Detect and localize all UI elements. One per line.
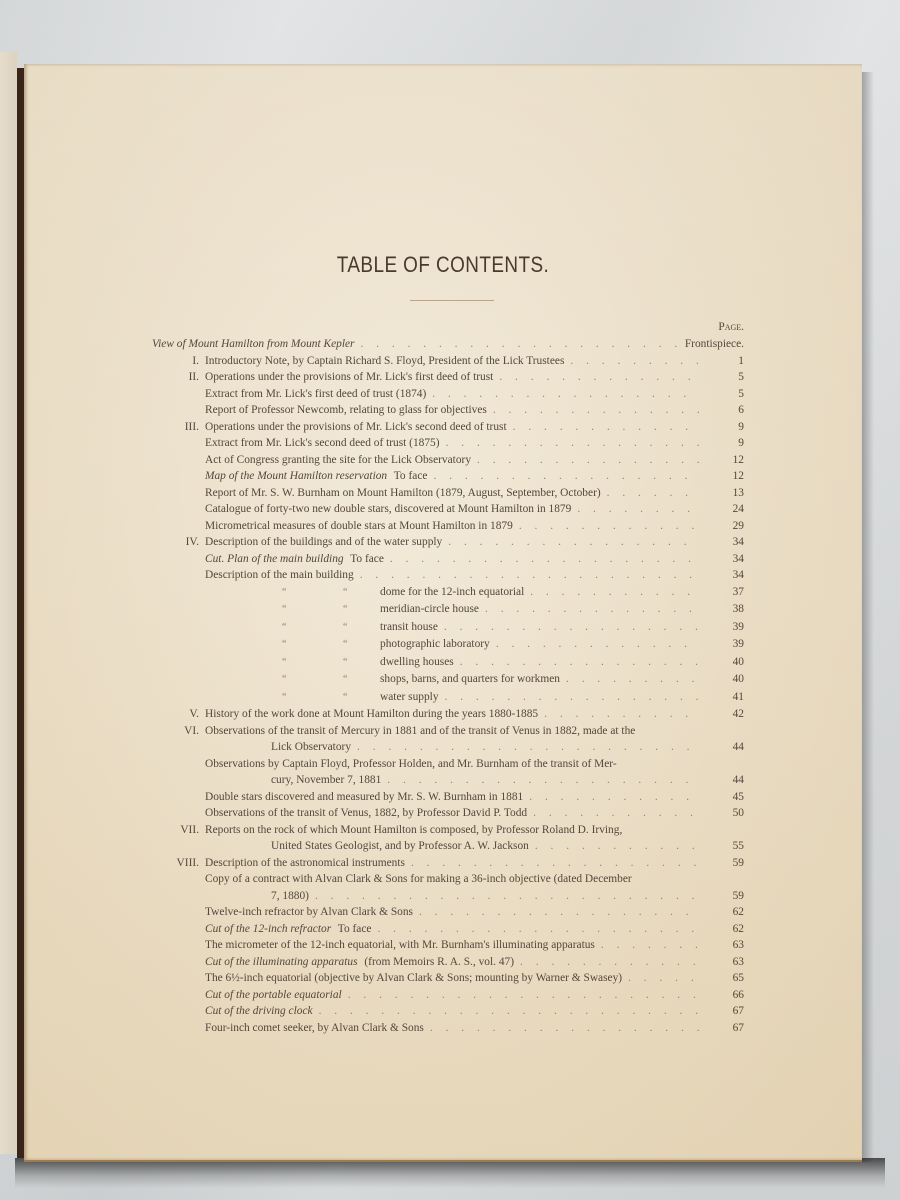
toc-entry-continuation[interactable]: Lick Observatory . . . . . . . . . . . .… [152,739,744,756]
page-number: 62 [706,921,744,938]
toc-entry[interactable]: Micrometrical measures of double stars a… [152,518,744,535]
page-number: 6 [706,402,744,419]
entry-suffix: To face [391,470,427,482]
leader-dots: . . . . . . . . . . . . . . . . . . . . … [487,402,700,419]
toc-entry[interactable]: ““photographic laboratory . . . . . . . … [152,636,744,654]
toc-entry[interactable]: V.History of the work done at Mount Hami… [152,706,744,723]
leader-dots: . . . . . . . . . . . . . . . . . . . . … [529,838,700,855]
entry-text: Report of Mr. S. W. Burnham on Mount Ham… [205,485,601,502]
chapter-number: IV. [152,534,205,551]
entry-text: Description of the buildings and of the … [205,534,442,551]
entry-italic-text: Cut of the portable equatorial [205,989,342,1001]
page-title: TABLE OF CONTENTS. [83,252,804,278]
entry-text: Catalogue of forty-two new double stars,… [205,501,571,518]
leader-dots: . . . . . . . . . . . . . . . . . . . . … [479,601,700,618]
entry-text: Description of the main building [205,567,354,584]
toc-entry[interactable]: Description of the main building . . . .… [152,567,744,584]
entry-text: History of the work done at Mount Hamilt… [205,706,538,723]
entry-suffix: To face [335,923,371,935]
entry-text: Cut of the driving clock [205,1003,313,1020]
leader-dots: . . . . . . . . . . . . . . . . . . . . … [424,1020,700,1037]
leader-dots: . . . . . . . . . . . . . . . . . . . . … [439,689,700,706]
toc-entry[interactable]: Catalogue of forty-two new double stars,… [152,501,744,518]
entry-italic-text: Cut of the illuminating apparatus [205,956,358,968]
page-number: 9 [706,419,744,436]
toc-entry[interactable]: VII.Reports on the rock of which Mount H… [152,822,744,839]
toc-entry-continuation[interactable]: 7, 1880) . . . . . . . . . . . . . . . .… [152,888,744,905]
entry-text: ““water supply [205,689,439,707]
entry-label: photographic laboratory [380,638,490,650]
leader-dots: . . . . . . . . . . . . . . . . . . . . … [527,805,700,822]
page-number: 65 [706,970,744,987]
page-number: 5 [706,369,744,386]
ditto-mark: “ [258,672,319,689]
leader-dots: . . . . . . . . . . . . . . . . . . . . … [571,501,700,518]
ditto-mark: “ [319,585,380,602]
page-number: 12 [706,452,744,469]
toc-entry[interactable]: Double stars discovered and measured by … [152,789,744,806]
leader-dots: . . . . . . . . . . . . . . . . . . . . … [538,706,700,723]
entry-text: Cut. Plan of the main building To face [205,551,384,568]
chapter-number: II. [152,369,205,386]
entry-text: Copy of a contract with Alvan Clark & So… [205,871,632,888]
toc-entry[interactable]: The micrometer of the 12-inch equatorial… [152,937,744,954]
leader-dots: . . . . . . . . . . . . . . . . . . . . … [426,386,700,403]
page-number: 41 [706,689,744,706]
leader-dots: . . . . . . . . . . . . . . . . . . . . … [427,468,700,485]
leader-dots: . . . . . . . . . . . . . . . . . . . . … [595,937,700,954]
page-number: 29 [706,518,744,535]
page-number: 55 [706,838,744,855]
page-number: 9 [706,435,744,452]
toc-entry-continuation[interactable]: United States Geologist, and by Professo… [152,838,744,855]
page-number: 13 [706,485,744,502]
page-number: 63 [706,954,744,971]
leader-dots: . . . . . . . . . . . . . . . . . . . . … [371,921,700,938]
toc-entry-frontispiece[interactable]: View of Mount Hamilton from Mount Kepler… [152,336,744,353]
page-number: 63 [706,937,744,954]
entry-italic-text: Cut. Plan of the main building [205,553,344,565]
ditto-mark: “ [319,672,380,689]
entry-continuation: United States Geologist, and by Professo… [205,838,529,855]
entry-suffix: To face [348,553,384,565]
toc-entry[interactable]: ““transit house . . . . . . . . . . . . … [152,619,744,637]
leader-dots: . . . . . . . . . . . . . . . . . . . . … [513,518,700,535]
toc-entry-continuation[interactable]: cury, November 7, 1881 . . . . . . . . .… [152,772,744,789]
entry-text: The micrometer of the 12-inch equatorial… [205,937,595,954]
leader-dots: . . . . . . . . . . . . . . . . . . . . … [523,789,700,806]
page-number: 44 [706,772,744,789]
chapter-number: VI. [152,723,205,740]
leader-dots: . . . . . . . . . . . . . . . . . . . . … [351,739,700,756]
leader-dots: . . . . . . . . . . . . . . . . . . . . … [442,534,700,551]
page-number: 24 [706,501,744,518]
title-rule [410,300,494,301]
book-page: TABLE OF CONTENTS. Page. View of Mount H… [24,64,862,1162]
ditto-mark: “ [319,620,380,637]
page-number: 59 [706,855,744,872]
toc-entry[interactable]: ““dome for the 12-inch equatorial . . . … [152,584,744,602]
page-number: 67 [706,1003,744,1020]
entry-text: Observations of the transit of Venus, 18… [205,805,527,822]
toc-entry[interactable]: Twelve-inch refractor by Alvan Clark & S… [152,904,744,921]
entry-label: transit house [380,621,438,633]
entry-text: Map of the Mount Hamilton reservation To… [205,468,427,485]
toc-entry[interactable]: III.Operations under the provisions of M… [152,419,744,436]
leader-dots: . . . . . . . . . . . . . . . . . . . . … [354,567,700,584]
toc-entry[interactable]: IV.Description of the buildings and of t… [152,534,744,551]
toc-entry[interactable]: Report of Mr. S. W. Burnham on Mount Ham… [152,485,744,502]
ditto-mark: “ [258,637,319,654]
entry-text: ““transit house [205,619,438,637]
leader-dots: . . . . . . . . . . . . . . . . . . . . … [454,654,700,671]
ditto-mark: “ [258,655,319,672]
entry-suffix: (from Memoirs R. A. S., vol. 47) [362,956,515,968]
leader-dots: . . . . . . . . . . . . . . . . . . . . … [440,435,700,452]
toc-entry[interactable]: II.Operations under the provisions of Mr… [152,369,744,386]
page-number: 38 [706,601,744,618]
entry-text: ““shops, barns, and quarters for workmen [205,671,560,689]
entry-italic-text: Cut of the driving clock [205,1005,313,1017]
toc-entry[interactable]: Cut of the driving clock . . . . . . . .… [152,1003,744,1020]
leader-dots: . . . . . . . . . . . . . . . . . . . . … [413,904,700,921]
toc-entry[interactable]: Copy of a contract with Alvan Clark & So… [152,871,744,888]
toc-entry[interactable]: Observations by Captain Floyd, Professor… [152,756,744,773]
ditto-mark: “ [258,602,319,619]
entry-text: Extract from Mr. Lick's first deed of tr… [205,386,426,403]
leader-dots: . . . . . . . . . . . . . . . . . . . . … [560,671,700,688]
page-number: 34 [706,567,744,584]
page-number: 39 [706,636,744,653]
chapter-number: V. [152,706,205,723]
page-number: 66 [706,987,744,1004]
ditto-mark: “ [258,690,319,707]
toc-entries: View of Mount Hamilton from Mount Kepler… [152,336,744,1036]
leader-dots: . . . . . . . . . . . . . . . . . . . . … [438,619,700,636]
page-column-header: Page. [152,319,744,336]
toc-entry[interactable]: Report of Professor Newcomb, relating to… [152,402,744,419]
toc-entry[interactable]: Cut of the 12-inch refractor To face . .… [152,921,744,938]
chapter-number: VIII. [152,855,205,872]
entry-italic-text: Map of the Mount Hamilton reservation [205,470,387,482]
toc-entry[interactable]: Four-inch comet seeker, by Alvan Clark &… [152,1020,744,1037]
entry-text: ““dome for the 12-inch equatorial [205,584,524,602]
entry-text: The 6½-inch equatorial (objective by Alv… [205,970,622,987]
entry-text: Introductory Note, by Captain Richard S.… [205,353,564,370]
page-number: 67 [706,1020,744,1037]
leader-dots: . . . . . . . . . . . . . . . . . . . . … [405,855,700,872]
toc-entry[interactable]: Act of Congress granting the site for th… [152,452,744,469]
leader-dots: . . . . . . . . . . . . . . . . . . . . … [313,1003,700,1020]
entry-label: dwelling houses [380,656,454,668]
entry-text: Description of the astronomical instrume… [205,855,405,872]
entry-text: Cut of the portable equatorial [205,987,342,1004]
entry-italic-text: Cut of the 12-inch refractor [205,923,331,935]
chapter-number: I. [152,353,205,370]
entry-text: Observations by Captain Floyd, Professor… [205,756,617,773]
page-number: 5 [706,386,744,403]
ditto-mark: “ [258,585,319,602]
entry-label: dome for the 12-inch equatorial [380,586,524,598]
entry-text: Twelve-inch refractor by Alvan Clark & S… [205,904,413,921]
entry-continuation: Lick Observatory [205,739,351,756]
page-number: 37 [706,584,744,601]
leader-dots: . . . . . . . . . . . . . . . . . . . . … [622,970,700,987]
entry-text: Observations of the transit of Mercury i… [205,723,635,740]
entry-text: Cut of the illuminating apparatus (from … [205,954,514,971]
entry-text: View of Mount Hamilton from Mount Kepler [152,336,354,353]
page-shadow-right [860,72,874,1162]
entry-text: Extract from Mr. Lick's second deed of t… [205,435,440,452]
leader-dots: . . . . . . . . . . . . . . . . . . . . … [507,419,700,436]
entry-text: Reports on the rock of which Mount Hamil… [205,822,622,839]
page-number: 62 [706,904,744,921]
entry-continuation: cury, November 7, 1881 [205,772,381,789]
entry-label: water supply [380,691,439,703]
page-number: 34 [706,551,744,568]
toc-entry[interactable]: Cut of the illuminating apparatus (from … [152,954,744,971]
ditto-mark: “ [258,620,319,637]
ditto-mark: “ [319,655,380,672]
ditto-mark: “ [319,690,380,707]
entry-text: Act of Congress granting the site for th… [205,452,471,469]
leader-dots: . . . . . . . . . . . . . . . . . . . . … [493,369,700,386]
entry-text: Micrometrical measures of double stars a… [205,518,513,535]
leader-dots: . . . . . . . . . . . . . . . . . . . . … [354,336,678,353]
toc-entry[interactable]: Map of the Mount Hamilton reservation To… [152,468,744,485]
toc-entry[interactable]: ““dwelling houses . . . . . . . . . . . … [152,654,744,672]
entry-text: Cut of the 12-inch refractor To face [205,921,371,938]
entry-label: meridian-circle house [380,603,479,615]
page-number: 40 [706,671,744,688]
entry-text: Operations under the provisions of Mr. L… [205,419,507,436]
leader-dots: . . . . . . . . . . . . . . . . . . . . … [524,584,700,601]
page-number: 12 [706,468,744,485]
toc-entry[interactable]: Cut. Plan of the main building To face .… [152,551,744,568]
toc-entry[interactable]: I.Introductory Note, by Captain Richard … [152,353,744,370]
page-number: 44 [706,739,744,756]
toc-entry[interactable]: VIII.Description of the astronomical ins… [152,855,744,872]
leader-dots: . . . . . . . . . . . . . . . . . . . . … [564,353,700,370]
page-number: 50 [706,805,744,822]
leader-dots: . . . . . . . . . . . . . . . . . . . . … [384,551,700,568]
entry-text: ““dwelling houses [205,654,454,672]
page-number: 1 [706,353,744,370]
facing-page-edge [0,52,17,1154]
entry-text: Report of Professor Newcomb, relating to… [205,402,487,419]
toc-entry[interactable]: ““meridian-circle house . . . . . . . . … [152,601,744,619]
leader-dots: . . . . . . . . . . . . . . . . . . . . … [471,452,700,469]
page-number: 39 [706,619,744,636]
leader-dots: . . . . . . . . . . . . . . . . . . . . … [601,485,700,502]
page-number: 45 [706,789,744,806]
entry-text: Four-inch comet seeker, by Alvan Clark &… [205,1020,424,1037]
toc-entry[interactable]: VI.Observations of the transit of Mercur… [152,723,744,740]
table-of-contents: Page. View of Mount Hamilton from Mount … [152,319,744,1036]
toc-entry[interactable]: The 6½-inch equatorial (objective by Alv… [152,970,744,987]
entry-label: shops, barns, and quarters for workmen [380,673,560,685]
toc-entry[interactable]: Observations of the transit of Venus, 18… [152,805,744,822]
leader-dots: . . . . . . . . . . . . . . . . . . . . … [490,636,700,653]
chapter-number: III. [152,419,205,436]
page-number: Frontispiece. [685,336,744,353]
entry-text: Operations under the provisions of Mr. L… [205,369,493,386]
toc-entry[interactable]: Extract from Mr. Lick's first deed of tr… [152,386,744,403]
entry-text: Double stars discovered and measured by … [205,789,523,806]
entry-text: ““meridian-circle house [205,601,479,619]
chapter-number: VII. [152,822,205,839]
toc-entry[interactable]: ““shops, barns, and quarters for workmen… [152,671,744,689]
leader-dots: . . . . . . . . . . . . . . . . . . . . … [381,772,700,789]
page-number: 59 [706,888,744,905]
ditto-mark: “ [319,602,380,619]
ditto-mark: “ [319,637,380,654]
entry-text: ““photographic laboratory [205,636,490,654]
page-number: 42 [706,706,744,723]
entry-continuation: 7, 1880) [205,888,309,905]
toc-entry[interactable]: Cut of the portable equatorial . . . . .… [152,987,744,1004]
toc-entry[interactable]: Extract from Mr. Lick's second deed of t… [152,435,744,452]
leader-dots: . . . . . . . . . . . . . . . . . . . . … [309,888,700,905]
page-number: 34 [706,534,744,551]
toc-entry[interactable]: ““water supply . . . . . . . . . . . . .… [152,689,744,707]
page-number: 40 [706,654,744,671]
page-shadow-bottom [15,1158,885,1188]
leader-dots: . . . . . . . . . . . . . . . . . . . . … [514,954,700,971]
leader-dots: . . . . . . . . . . . . . . . . . . . . … [342,987,700,1004]
